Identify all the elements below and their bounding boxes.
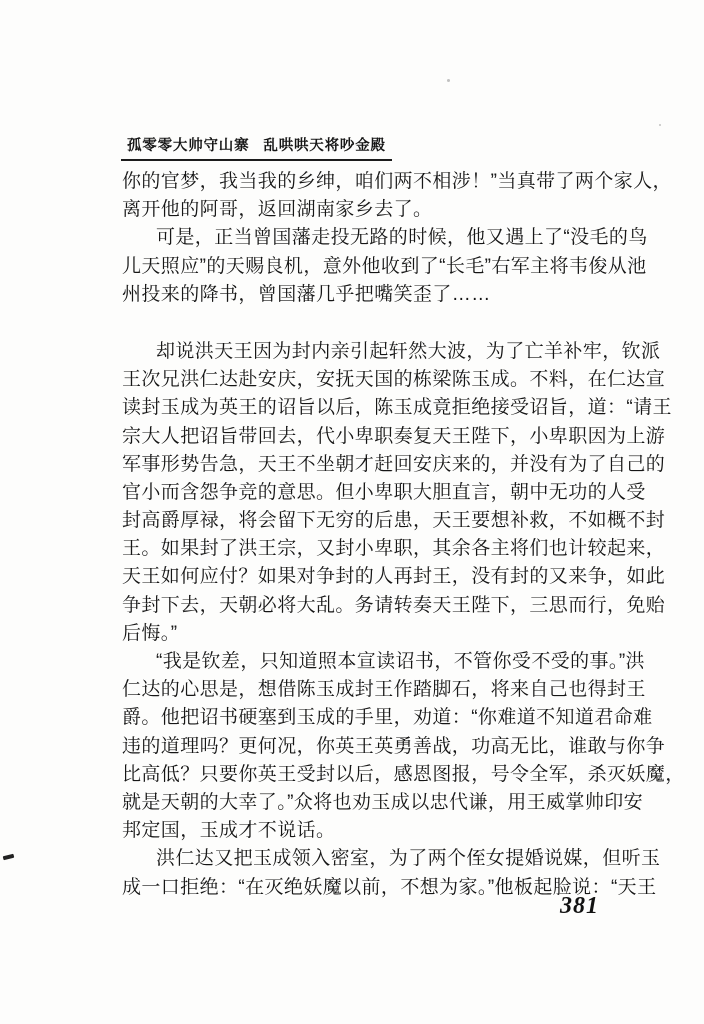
text-line: 天王如何应付？如果对争封的人再封王，没有封的又来争，如此 bbox=[122, 563, 642, 591]
page-number: 381 bbox=[560, 893, 599, 920]
body-text: 你的官梦，我当我的乡绅，咱们两不相涉！”当真带了两个家人， 离开他的阿哥，返回湖… bbox=[122, 168, 642, 902]
text-line: 比高低？只要你英王受封以后，感恩图报，号令全军，杀灭妖魔， bbox=[122, 761, 642, 789]
running-header-right: 乱哄哄天将吵金殿 bbox=[263, 134, 385, 155]
text-line: 仁达的心思是，想借陈玉成封王作踏脚石，将来自己也得封王 bbox=[122, 676, 642, 704]
text-line: 后悔。” bbox=[122, 620, 642, 648]
text-line: 王。如果封了洪王宗，又封小卑职，其余各主将们也计较起来， bbox=[122, 535, 642, 563]
text-line: 封高爵厚禄，将会留下无穷的后患，天王要想补救，不如概不封 bbox=[122, 507, 642, 535]
running-header: 孤零零大帅守山寨 乱哄哄天将吵金殿 bbox=[121, 134, 392, 161]
text-line: 王次兄洪仁达赴安庆，安抚天国的栋梁陈玉成。不料，在仁达宣 bbox=[122, 366, 642, 394]
book-page: 孤零零大帅守山寨 乱哄哄天将吵金殿 你的官梦，我当我的乡绅，咱们两不相涉！”当真… bbox=[0, 0, 704, 1024]
text-line: 读封玉成为英王的诏旨以后，陈玉成竟拒绝接受诏旨，道：“请王 bbox=[122, 394, 642, 422]
text-line: 就是天朝的大幸了。”众将也劝玉成以忠代谦，用王威掌帅印安 bbox=[122, 789, 642, 817]
text-line: 军事形势告急，天王不坐朝才赶回安庆来的，并没有为了自己的 bbox=[122, 451, 642, 479]
text-line: 你的官梦，我当我的乡绅，咱们两不相涉！”当真带了两个家人， bbox=[122, 168, 642, 196]
text-line: 可是，正当曾国藩走投无路的时候，他又遇上了“没毛的鸟 bbox=[122, 224, 642, 252]
text-line: 争封下去，天朝必将大乱。务请转奏天王陛下，三思而行，免贻 bbox=[122, 592, 642, 620]
text-line: 邦定国，玉成才不说话。 bbox=[122, 817, 642, 845]
text-line: 儿天照应”的天赐良机，意外他收到了“长毛”右军主将韦俊从池 bbox=[122, 253, 642, 281]
text-line: “我是钦差，只知道照本宣读诏书，不管你受不受的事。”洪 bbox=[122, 648, 642, 676]
text-line: 宗大人把诏旨带回去，代小卑职奏复天王陛下，小卑职因为上游 bbox=[122, 423, 642, 451]
text-line: 离开他的阿哥，返回湖南家乡去了。 bbox=[122, 196, 642, 224]
text-line: 州投来的降书，曾国藩几乎把嘴笑歪了…… bbox=[122, 281, 642, 309]
text-line: 官小而含怨争竞的意思。但小卑职大胆直言，朝中无功的人受 bbox=[122, 479, 642, 507]
text-line: 爵。他把诏书硬塞到玉成的手里，劝道：“你难道不知道君命难 bbox=[122, 704, 642, 732]
running-header-left: 孤零零大帅守山寨 bbox=[127, 134, 249, 155]
text-line: 违的道理吗？更何况，你英王英勇善战，功高无比，谁敢与你争 bbox=[122, 733, 642, 761]
scan-speck bbox=[659, 124, 661, 126]
text-line: 洪仁达又把玉成领入密室，为了两个侄女提婚说媒，但听玉 bbox=[122, 845, 642, 873]
scan-artifact-mark bbox=[3, 854, 15, 861]
text-line: 却说洪天王因为封内亲引起轩然大波，为了亡羊补牢，钦派 bbox=[122, 338, 642, 366]
scan-speck bbox=[447, 79, 450, 82]
